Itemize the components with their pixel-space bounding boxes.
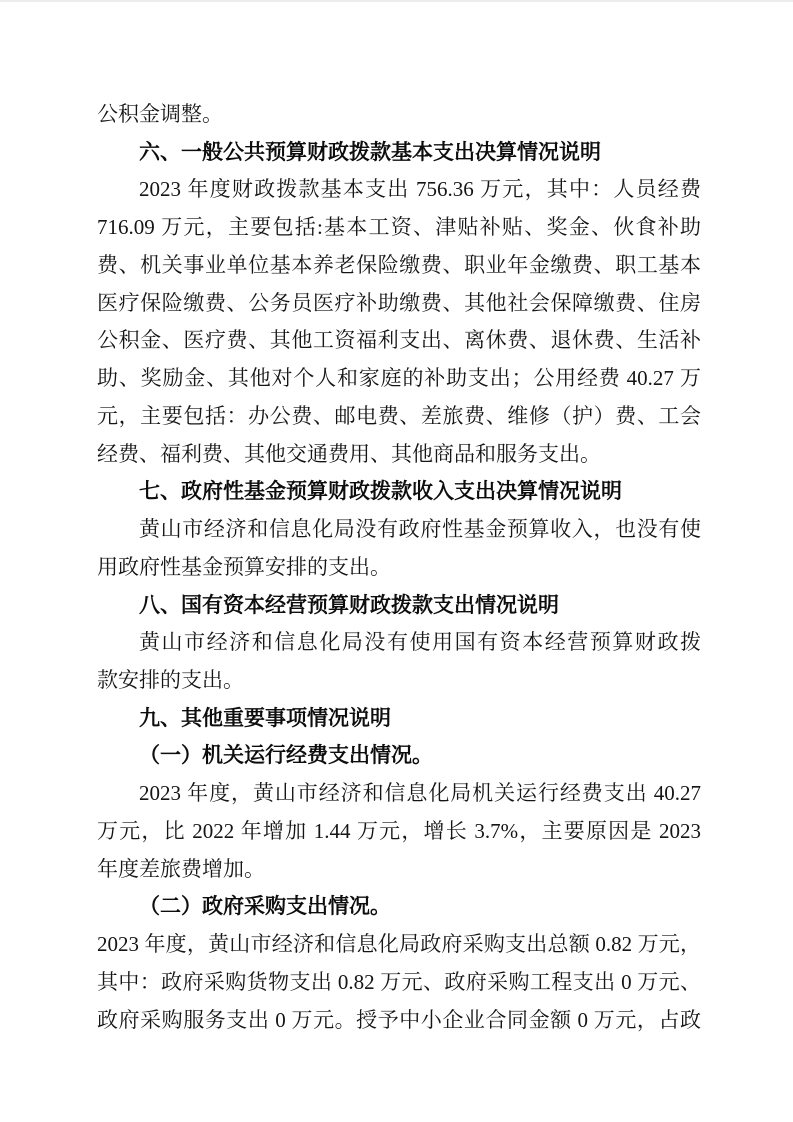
- subheading-9-1-operating-expense: （一）机关运行经费支出情况。: [97, 737, 701, 775]
- subheading-text: （一）机关运行经费支出情况。: [97, 737, 701, 775]
- paragraph-line: 其中：政府采购货物支出 0.82 万元、政府采购工程支出 0 万元、: [97, 964, 701, 1002]
- paragraph-line: 黄山市经济和信息化局没有政府性基金预算收入，也没有使: [97, 511, 701, 549]
- heading-section-9-other-important-matters: 九、其他重要事项情况说明: [97, 700, 701, 738]
- para-basic-expenditure-detail: 2023 年度财政拨款基本支出 756.36 万元，其中：人员经费716.09 …: [97, 171, 701, 473]
- paragraph-line: 万元，比 2022 年增加 1.44 万元，增长 3.7%，主要原因是 2023: [97, 813, 701, 851]
- paragraph-line: 年度差旅费增加。: [97, 851, 701, 889]
- para-operating-expense-detail: 2023 年度，黄山市经济和信息化局机关运行经费支出 40.27万元，比 202…: [97, 775, 701, 888]
- subheading-9-2-govt-procurement: （二）政府采购支出情况。: [97, 888, 701, 926]
- document-page: 公积金调整。六、一般公共预算财政拨款基本支出决算情况说明2023 年度财政拨款基…: [0, 0, 793, 1122]
- document-content: 公积金调整。六、一般公共预算财政拨款基本支出决算情况说明2023 年度财政拨款基…: [97, 96, 701, 1039]
- para-govt-procurement-detail: 2023 年度，黄山市经济和信息化局政府采购支出总额 0.82 万元，其中：政府…: [97, 926, 701, 1039]
- section-heading-text: 七、政府性基金预算财政拨款收入支出决算情况说明: [97, 473, 701, 511]
- paragraph-line: 元，主要包括：办公费、邮电费、差旅费、维修（护）费、工会: [97, 398, 701, 436]
- paragraph-line: 经费、福利费、其他交通费用、其他商品和服务支出。: [97, 436, 701, 474]
- paragraph-line: 2023 年度，黄山市经济和信息化局政府采购支出总额 0.82 万元，: [97, 926, 701, 964]
- section-heading-text: 六、一般公共预算财政拨款基本支出决算情况说明: [97, 134, 701, 172]
- paragraph-line: 款安排的支出。: [97, 662, 701, 700]
- heading-section-8-state-capital-budget: 八、国有资本经营预算财政拨款支出情况说明: [97, 587, 701, 625]
- paragraph-line: 公积金、医疗费、其他工资福利支出、离休费、退休费、生活补: [97, 322, 701, 360]
- para-govt-fund-budget-detail: 黄山市经济和信息化局没有政府性基金预算收入，也没有使用政府性基金预算安排的支出。: [97, 511, 701, 586]
- paragraph-line: 医疗保险缴费、公务员医疗补助缴费、其他社会保障缴费、住房: [97, 285, 701, 323]
- paragraph-line: 公积金调整。: [97, 96, 701, 134]
- paragraph-line: 政府采购服务支出 0 万元。授予中小企业合同金额 0 万元，占政: [97, 1002, 701, 1040]
- para-provident-fund-continuation: 公积金调整。: [97, 96, 701, 134]
- heading-section-6-basic-expenditure: 六、一般公共预算财政拨款基本支出决算情况说明: [97, 134, 701, 172]
- paragraph-line: 用政府性基金预算安排的支出。: [97, 549, 701, 587]
- paragraph-line: 费、机关事业单位基本养老保险缴费、职业年金缴费、职工基本: [97, 247, 701, 285]
- subheading-text: （二）政府采购支出情况。: [97, 888, 701, 926]
- paragraph-line: 助、奖励金、其他对个人和家庭的补助支出；公用经费 40.27 万: [97, 360, 701, 398]
- section-heading-text: 九、其他重要事项情况说明: [97, 700, 701, 738]
- para-state-capital-budget-detail: 黄山市经济和信息化局没有使用国有资本经营预算财政拨款安排的支出。: [97, 624, 701, 699]
- paragraph-line: 2023 年度财政拨款基本支出 756.36 万元，其中：人员经费: [97, 171, 701, 209]
- paragraph-line: 716.09 万元，主要包括:基本工资、津贴补贴、奖金、伙食补助: [97, 209, 701, 247]
- heading-section-7-govt-fund-budget: 七、政府性基金预算财政拨款收入支出决算情况说明: [97, 473, 701, 511]
- paragraph-line: 2023 年度，黄山市经济和信息化局机关运行经费支出 40.27: [97, 775, 701, 813]
- section-heading-text: 八、国有资本经营预算财政拨款支出情况说明: [97, 587, 701, 625]
- paragraph-line: 黄山市经济和信息化局没有使用国有资本经营预算财政拨: [97, 624, 701, 662]
